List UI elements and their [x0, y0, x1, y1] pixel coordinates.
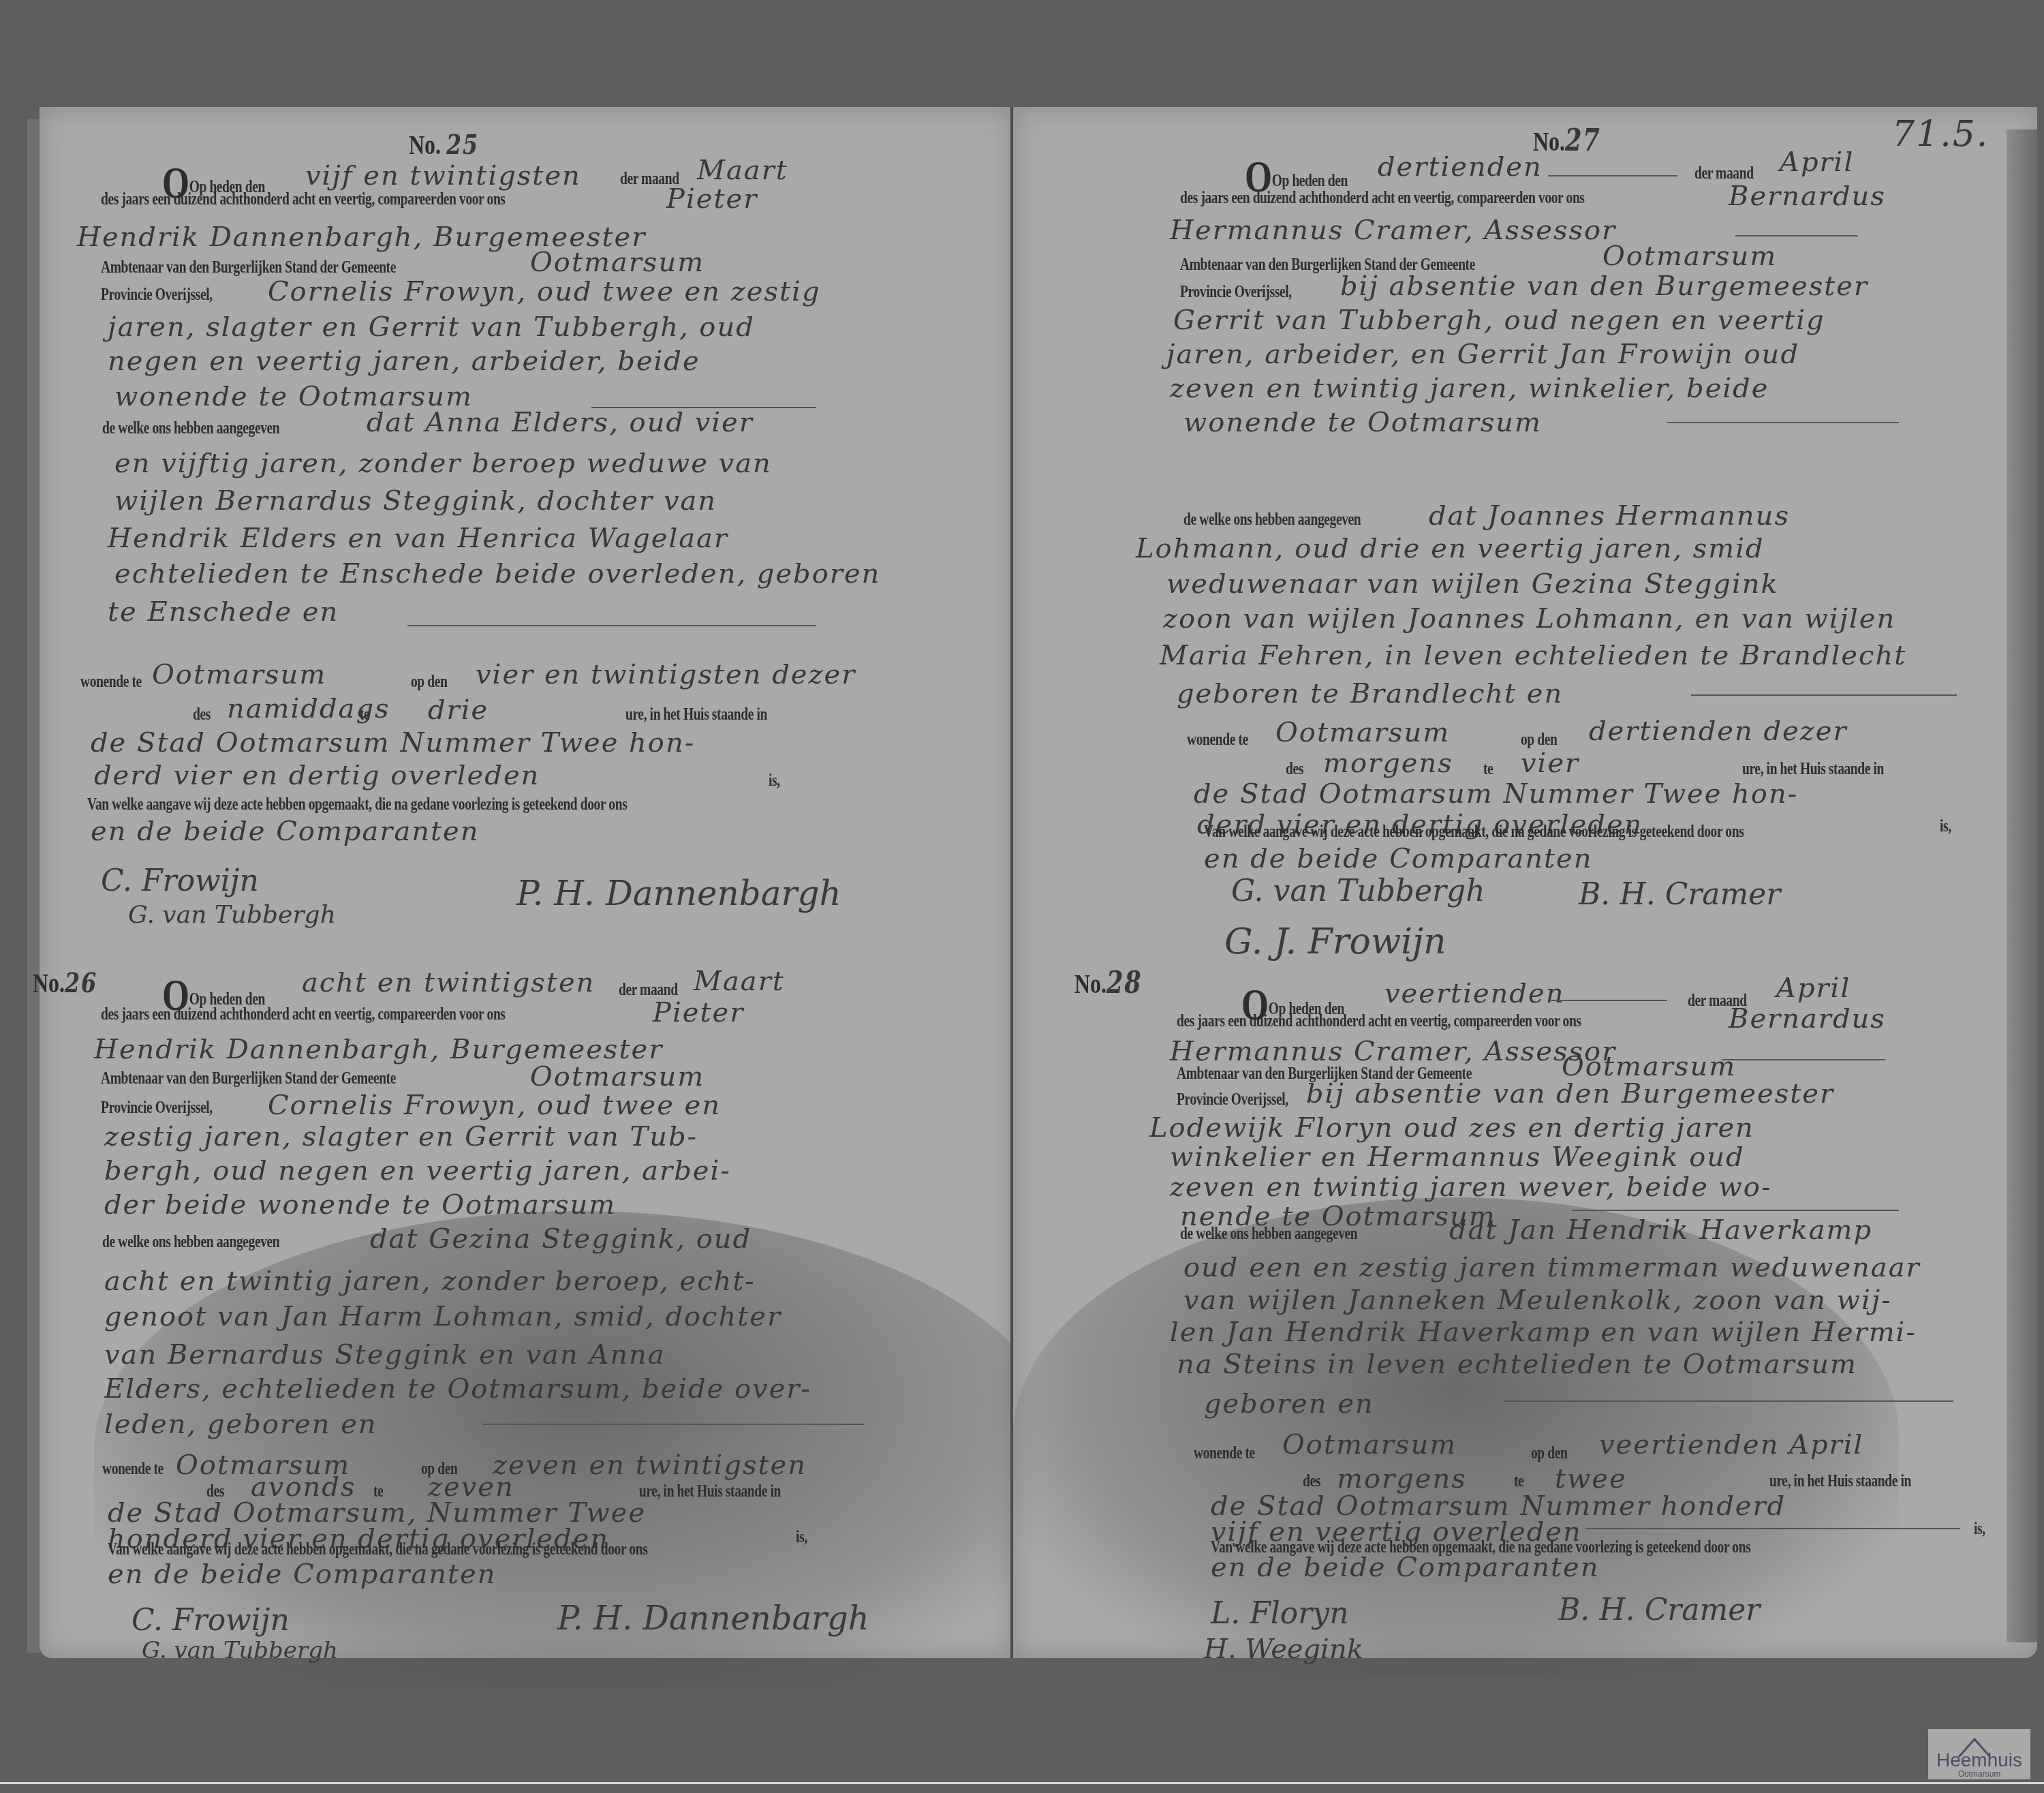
death-day: vier en twintigsten dezer	[476, 659, 856, 690]
witnesses-line: Cornelis Frowyn, oud twee en zestig	[268, 276, 820, 307]
entry-day: vijf en twintigsten	[305, 160, 581, 191]
witnesses-line: der beide wonende te Ootmarsum	[104, 1189, 616, 1221]
fill-rule	[1722, 1059, 1885, 1060]
gemeente: Ootmarsum	[530, 1061, 704, 1092]
deceased-line: Hendrik Elders en van Henrica Wagelaar	[108, 523, 728, 554]
page-mark: 71.5.	[1892, 114, 1989, 155]
form-provincie: Provincie Overijssel,	[101, 286, 213, 305]
deceased-line: genoot van Jan Harm Lohman, smid, dochte…	[104, 1301, 781, 1332]
signature: H. Weegink	[1204, 1634, 1363, 1665]
scan-border-line	[0, 1782, 2044, 1784]
closing-line: en de beide Comparanten	[91, 816, 480, 847]
official-name: Pieter	[653, 997, 744, 1028]
witnesses-line: bij absentie van den Burgemeester	[1340, 271, 1868, 302]
hour: drie	[428, 694, 489, 726]
witnesses-line: Gerrit van Tubbergh, oud negen en veerti…	[1173, 305, 1825, 336]
fill-rule	[482, 1424, 864, 1425]
deceased-line: oud een en zestig jaren timmerman weduwe…	[1183, 1252, 1921, 1283]
gemeente: Ootmarsum	[530, 247, 704, 278]
witnesses-line: bergh, oud negen en veertig jaren, arbei…	[104, 1155, 731, 1186]
death-day: veertienden April	[1599, 1429, 1863, 1460]
deceased-line: dat Joannes Hermannus	[1429, 500, 1790, 532]
form-wonende-te: wonende te	[1194, 1444, 1255, 1463]
deceased-line: van wijlen Janneken Meulenkolk, zoon van…	[1183, 1285, 1892, 1316]
deceased-line: van Bernardus Steggink en van Anna	[104, 1339, 666, 1370]
fill-rule	[1585, 1528, 1960, 1529]
form-van-welke: Van welke aangave wij deze acte hebben o…	[1204, 823, 1744, 842]
signature: B. H. Cramer	[1579, 877, 1780, 912]
entry-number: No.28	[1074, 966, 1142, 1000]
deceased-line: leden, geboren en	[104, 1409, 377, 1440]
form-ure: ure, in het Huis staande in	[639, 1482, 781, 1501]
form-provincie: Provincie Overijssel,	[1180, 283, 1292, 302]
entry-number: No.26	[33, 967, 97, 999]
witnesses-line: jaren, slagter en Gerrit van Tubbergh, o…	[108, 311, 755, 343]
death-day: zeven en twintigsten	[493, 1450, 807, 1481]
official-name: Bernardus	[1729, 181, 1886, 212]
closing-line: en de beide Comparanten	[108, 1559, 497, 1590]
official-name: Bernardus	[1729, 1003, 1886, 1035]
entry-month: April	[1780, 147, 1854, 178]
form-de-welke: de welke ons hebben aangegeven	[102, 419, 279, 438]
deceased-line: len Jan Hendrik Haverkamp en van wijlen …	[1170, 1317, 1917, 1348]
witnesses-line: Lodewijk Floryn oud zes en dertig jaren	[1149, 1112, 1754, 1144]
time-of-day: morgens	[1323, 748, 1453, 779]
fill-rule	[1504, 1400, 1953, 1402]
entry-month: Maart	[694, 966, 785, 997]
fill-rule	[1667, 422, 1899, 423]
official-name: Hermannus Cramer, Assessor	[1170, 215, 1616, 246]
witnesses-line: wonende te Ootmarsum	[1183, 407, 1542, 438]
deceased-line: Lohmann, oud drie en veertig jaren, smid	[1136, 533, 1765, 564]
witnesses-line: Cornelis Frowyn, oud twee en	[268, 1090, 721, 1121]
form-ambtenaar: Ambtenaar van den Burgerlijken Stand der…	[101, 1069, 396, 1088]
form-wonende-te: wonende te	[1187, 731, 1248, 750]
deceased-line: wijlen Bernardus Steggink, dochter van	[114, 485, 717, 517]
deceased-line: na Steins in leven echtelieden te Ootmar…	[1177, 1349, 1857, 1380]
form-des-jaars: des jaars een duizend achthonderd acht e…	[1180, 189, 1585, 208]
entry-month: April	[1776, 972, 1851, 1004]
fill-rule	[407, 625, 816, 626]
book-edge-left	[27, 119, 40, 1653]
form-van-welke: Van welke aangave wij deze acte hebben o…	[87, 795, 627, 814]
left-page: No. 25 OOp heden den vijf en twintigsten…	[40, 107, 1012, 1658]
deceased-line: geboren te Brandlecht en	[1177, 678, 1563, 709]
signature: C. Frowijn	[101, 863, 259, 898]
deceased-line: weduwenaar van wijlen Gezina Steggink	[1166, 568, 1779, 600]
form-ambtenaar: Ambtenaar van den Burgerlijken Stand der…	[101, 258, 396, 277]
signature: G. van Tubbergh	[128, 901, 336, 929]
form-is: is,	[1940, 817, 1951, 836]
heemhuis-logo: Heemhuis Ootmarsum	[1928, 1729, 2030, 1779]
entry-number: No. 25	[409, 129, 479, 161]
deceased-line: zoon van wijlen Joannes Lohmann, en van …	[1163, 603, 1895, 634]
form-des: des	[1286, 760, 1303, 779]
form-provincie: Provincie Overijssel,	[101, 1099, 213, 1118]
witnesses-line: zeven en twintig jaren wever, beide wo-	[1170, 1171, 1771, 1203]
witnesses-line: zeven en twintig jaren, winkelier, beide	[1170, 373, 1769, 404]
witnesses-line: jaren, arbeider, en Gerrit Jan Frowijn o…	[1166, 339, 1799, 370]
signature: G. van Tubbergh	[142, 1637, 338, 1664]
deceased-line: geboren en	[1204, 1388, 1374, 1420]
place-line: de Stad Ootmarsum Nummer Twee hon-	[91, 727, 695, 758]
form-des: des	[1303, 1472, 1320, 1491]
form-de-welke: de welke ons hebben aangegeven	[102, 1233, 279, 1252]
form-te: te	[1514, 1472, 1523, 1491]
entry-day: dertienden	[1378, 151, 1543, 183]
form-wonende-te: wonende te	[80, 673, 142, 692]
place-line: derd vier en dertig overleden	[94, 760, 540, 791]
right-page: 71.5. No.27 OOp heden den dertienden der…	[1013, 107, 2037, 1658]
signature: B. H. Cramer	[1558, 1593, 1760, 1627]
logo-name: Heemhuis	[1928, 1749, 2030, 1771]
form-is: is,	[769, 771, 780, 791]
entry-day: acht en twintigsten	[302, 967, 595, 998]
form-des-jaars: des jaars een duizend achthonderd acht e…	[101, 190, 506, 209]
death-day: dertienden dezer	[1589, 716, 1848, 747]
fill-rule	[1691, 694, 1957, 696]
hour: vier	[1521, 748, 1579, 779]
form-op-den: op den	[1521, 731, 1557, 750]
deceased-line: dat Jan Hendrik Haverkamp	[1449, 1214, 1872, 1246]
deceased-line: Maria Fehren, in leven echtelieden te Br…	[1160, 640, 1906, 671]
gemeente: Ootmarsum	[1602, 241, 1777, 272]
fill-rule	[1551, 1000, 1667, 1001]
witnesses-line: winkelier en Hermannus Weegink oud	[1170, 1141, 1745, 1173]
official-name: Pieter	[666, 183, 758, 215]
closing-line: en de beide Comparanten	[1211, 1552, 1600, 1583]
entry-month: Maart	[697, 155, 788, 186]
form-des-jaars: des jaars een duizend achthonderd acht e…	[101, 1005, 506, 1024]
signature: P. H. Dannenbargh	[557, 1599, 869, 1638]
deceased-line: dat Gezina Steggink, oud	[370, 1223, 752, 1255]
official-name: Hermannus Cramer, Assessor	[1170, 1036, 1616, 1067]
signature: G. van Tubbergh	[1231, 874, 1485, 908]
form-te: te	[360, 705, 369, 724]
witnesses-line: negen en veertig jaren, arbeider, beide	[108, 346, 700, 377]
residence: Ootmarsum	[1282, 1429, 1457, 1460]
fill-rule	[1548, 175, 1677, 177]
deceased-line: acht en twintig jaren, zonder beroep, ec…	[104, 1266, 756, 1297]
form-te: te	[1483, 760, 1493, 779]
deceased-line: Elders, echtelieden te Ootmarsum, beide …	[104, 1373, 811, 1405]
form-op-den: op den	[1531, 1444, 1567, 1463]
form-wonende-te: wonende te	[102, 1460, 164, 1479]
logo-place: Ootmarsum	[1928, 1769, 2030, 1779]
witnesses-line: zestig jaren, slagter en Gerrit van Tub-	[104, 1121, 698, 1152]
form-des: des	[193, 705, 211, 724]
fill-rule	[1735, 235, 1858, 236]
entry-day: veertienden	[1384, 978, 1564, 1009]
deceased-line: dat Anna Elders, oud vier	[367, 407, 754, 438]
residence: Ootmarsum	[152, 659, 326, 690]
signature: C. Frowijn	[131, 1603, 290, 1638]
signature: G. J. Frowijn	[1224, 921, 1446, 962]
form-op-den: op den	[411, 673, 447, 692]
deceased-line: echtelieden te Enschede beide overleden,…	[114, 558, 880, 589]
fill-rule	[1572, 1210, 1899, 1211]
deceased-line: en vijftig jaren, zonder beroep weduwe v…	[114, 448, 772, 479]
form-ure: ure, in het Huis staande in	[1769, 1472, 1911, 1491]
form-is: is,	[1974, 1520, 1985, 1539]
signature: L. Floryn	[1211, 1596, 1349, 1631]
form-de-welke: de welke ons hebben aangegeven	[1180, 1225, 1357, 1244]
residence: Ootmarsum	[1275, 717, 1450, 748]
witnesses-line: bij absentie van den Burgemeester	[1306, 1078, 1834, 1109]
form-des-jaars: des jaars een duizend achthonderd acht e…	[1177, 1012, 1581, 1031]
form-provincie: Provincie Overijssel,	[1177, 1090, 1288, 1109]
book-edge-right	[2007, 129, 2037, 1642]
form-de-welke: de welke ons hebben aangegeven	[1183, 510, 1361, 530]
entry-number: No.27	[1533, 123, 1600, 158]
signature: P. H. Dannenbargh	[516, 874, 841, 913]
form-ure: ure, in het Huis staande in	[1742, 760, 1884, 779]
form-is: is,	[796, 1528, 807, 1547]
form-ure: ure, in het Huis staande in	[625, 705, 767, 724]
place-line: de Stad Ootmarsum Nummer Twee hon-	[1194, 778, 1798, 810]
closing-line: en de beide Comparanten	[1204, 843, 1593, 874]
form-van-welke: Van welke aangave wij deze acte hebben o…	[108, 1540, 647, 1559]
deceased-line: te Enschede en	[108, 596, 339, 628]
